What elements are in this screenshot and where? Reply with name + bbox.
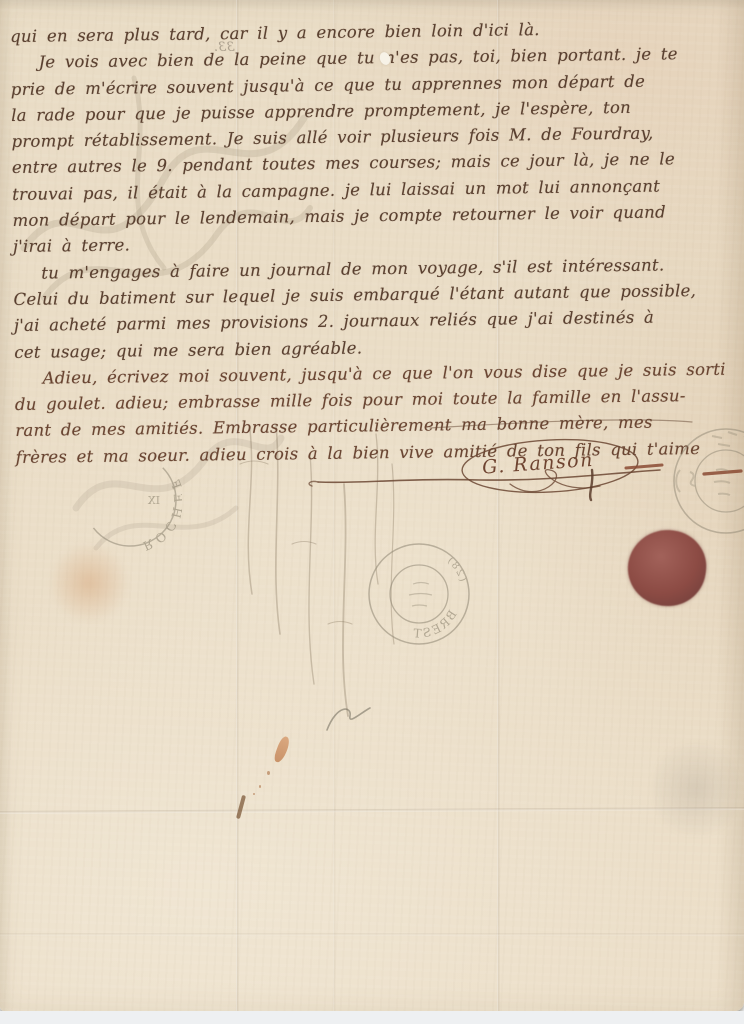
letter-body: qui en sera plus tard, car il y a encore… (10, 14, 744, 471)
scanned-letter-page: { "letter": { "language": "French", "lin… (0, 0, 744, 1024)
ink-dot (267, 771, 270, 775)
gray-smudge (652, 733, 740, 845)
svg-text:(28): (28) (444, 554, 468, 583)
postmark-brest-text: BREST (410, 608, 459, 641)
ink-curl-mark (322, 698, 374, 740)
wax-seal (623, 525, 711, 611)
letter-paper: qui en sera plus tard, car il y a encore… (0, 0, 744, 1011)
pale-ink-blot (50, 543, 128, 623)
svg-text:BREST: BREST (410, 608, 459, 641)
paper-edge-shading-left (0, 0, 12, 1011)
fold-crease-horizontal-1 (0, 807, 744, 814)
postmark-rochefort-text: ROCHEF (141, 475, 182, 554)
postmark-brest-department: (28) (444, 554, 468, 583)
brown-teardrop-mark (273, 735, 292, 764)
postmark-brest: BREST (28) (363, 538, 475, 650)
ink-slash-mark (236, 795, 246, 819)
ink-dot (259, 785, 261, 788)
postmark-brest-date-marks (409, 583, 432, 607)
ink-dot (253, 793, 255, 795)
bleedthrough-numeral: 33. (214, 40, 235, 55)
scan-background-strip (0, 1011, 744, 1024)
paper-edge-shading-top (0, 0, 744, 10)
postmark-rochefort-inner: IX (148, 494, 160, 507)
fold-crease-horizontal-2 (0, 933, 744, 936)
svg-text:ROCHEF: ROCHEF (141, 475, 182, 554)
